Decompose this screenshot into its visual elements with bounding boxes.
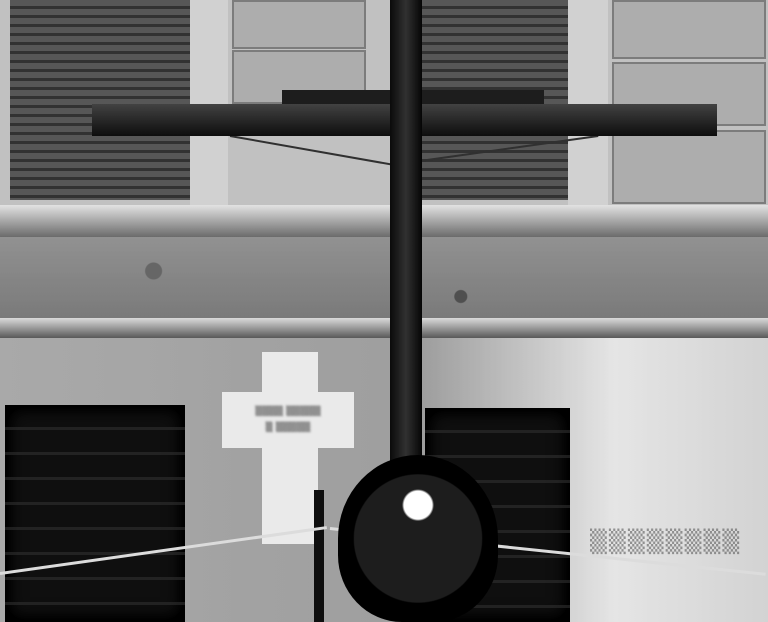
wreath	[338, 455, 498, 622]
bricked-opening-left	[5, 405, 185, 622]
pilaster-right	[568, 0, 608, 205]
memorial-inscription-line-1: ▒▒▒▒ ▒▒▒▒▒	[255, 407, 320, 417]
ledge	[0, 318, 768, 338]
stone-block	[232, 0, 366, 49]
wooden-cross-post	[390, 0, 422, 470]
stone-block	[612, 0, 766, 59]
pilaster-left	[190, 0, 228, 205]
memorial-cross-plaque: ▒▒▒▒ ▒▒▒▒▒ ▒ ▒▒▒▒▒	[222, 392, 354, 448]
memorial-inscription-line-2: ▒ ▒▒▒▒▒	[266, 423, 311, 433]
memorial-cross-vertical	[262, 352, 318, 544]
brick-rows	[5, 405, 185, 622]
cornice	[0, 205, 768, 237]
photograph: ▒▒▒▒▒▒▒▒ ▒▒▒▒ ▒▒▒▒▒ ▒ ▒▒▒▒▒	[0, 0, 768, 622]
facade-band	[0, 237, 768, 322]
stone-block	[612, 130, 766, 204]
barrier-post	[314, 490, 324, 622]
window-shutter-left	[10, 0, 190, 200]
